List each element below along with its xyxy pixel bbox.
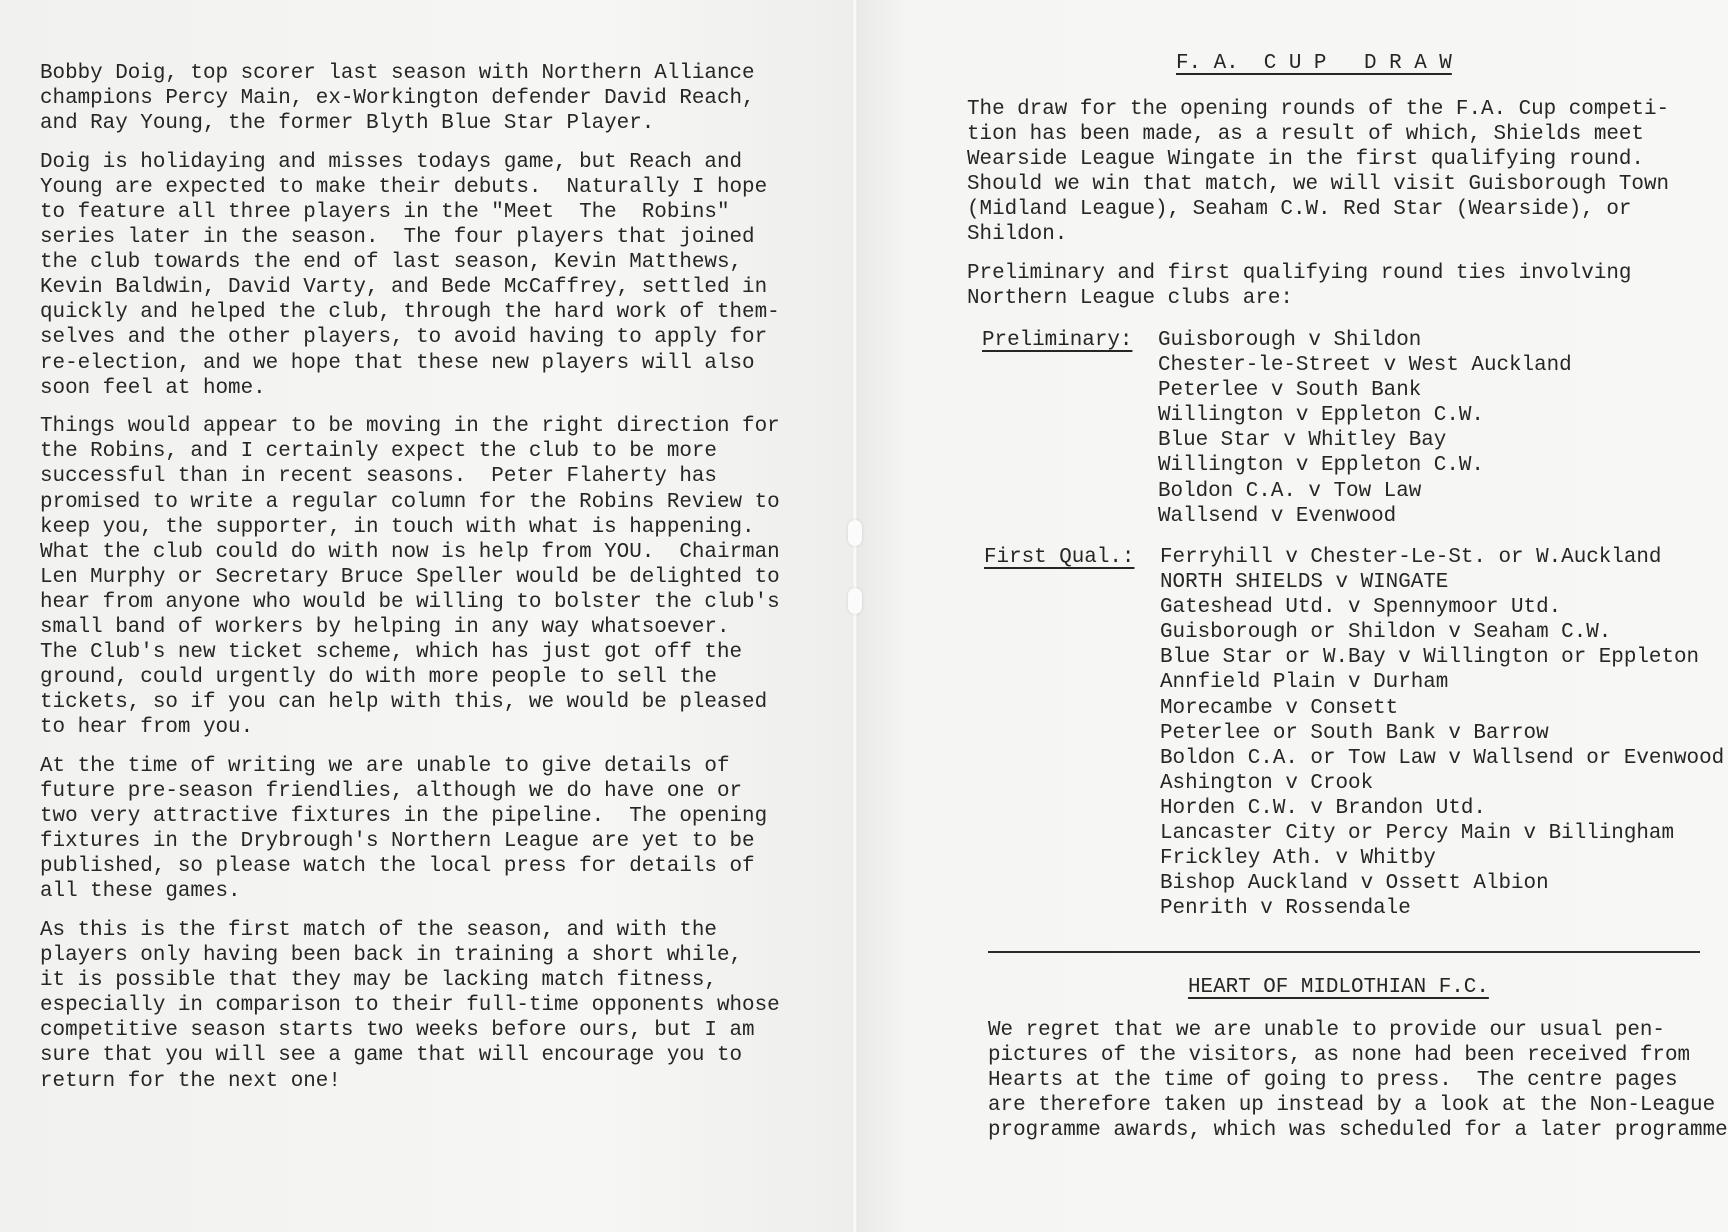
hearts-heading: HEART OF MIDLOTHIAN F.C. <box>1188 976 1489 999</box>
preliminary-label: Preliminary: <box>982 328 1132 353</box>
fixture-item: Annfield Plain v Durham <box>1160 670 1724 695</box>
text-line: quickly and helped the club, through the… <box>40 300 780 325</box>
text-line: hear from anyone who would be willing to… <box>40 590 780 615</box>
text-line: sure that you will see a game that will … <box>40 1043 780 1068</box>
text-line: The Club's new ticket scheme, which has … <box>40 640 780 665</box>
text-line: competitive season starts two weeks befo… <box>40 1018 780 1043</box>
text-line: Preliminary and first qualifying round t… <box>967 261 1669 286</box>
text-line: future pre-season friendlies, although w… <box>40 779 780 804</box>
text-line: fixtures in the Drybrough's Northern Lea… <box>40 829 780 854</box>
text-line: Doig is holidaying and misses todays gam… <box>40 150 780 175</box>
first-qualifying-label: First Qual.: <box>984 545 1134 570</box>
text-line: players only having been back in trainin… <box>40 943 780 968</box>
text-line: Young are expected to make their debuts.… <box>40 175 780 200</box>
staple-mark <box>848 520 862 546</box>
fixture-item: pictures of the visitors, as none had be… <box>988 1043 1728 1068</box>
text-line: to feature all three players in the "Mee… <box>40 200 780 225</box>
text-line: At the time of writing we are unable to … <box>40 754 780 779</box>
section-divider <box>988 951 1700 953</box>
paragraph: The draw for the opening rounds of the F… <box>967 97 1669 248</box>
text-line: The draw for the opening rounds of the F… <box>967 97 1669 122</box>
text-line: Things would appear to be moving in the … <box>40 414 780 439</box>
text-line: champions Percy Main, ex-Workington defe… <box>40 86 780 111</box>
fa-cup-intro: The draw for the opening rounds of the F… <box>967 97 1669 325</box>
text-line: selves and the other players, to avoid h… <box>40 325 780 350</box>
fixture-item: are therefore taken up instead by a look… <box>988 1093 1728 1118</box>
fixture-item: Bishop Auckland v Ossett Albion <box>1160 871 1724 896</box>
paragraph: Bobby Doig, top scorer last season with … <box>40 61 780 136</box>
hearts-article: We regret that we are unable to provide … <box>988 1018 1728 1143</box>
paragraph: Preliminary and first qualifying round t… <box>967 261 1669 311</box>
text-line: keep you, the supporter, in touch with w… <box>40 515 780 540</box>
staple-mark <box>848 588 862 614</box>
text-line: Kevin Baldwin, David Varty, and Bede McC… <box>40 275 780 300</box>
text-line: especially in comparison to their full-t… <box>40 993 780 1018</box>
fixture-item: Wallsend v Evenwood <box>1158 504 1572 529</box>
fixture-item: Lancaster City or Percy Main v Billingha… <box>1160 821 1724 846</box>
fixture-item: Blue Star or W.Bay v Willington or Epple… <box>1160 645 1724 670</box>
text-line: Bobby Doig, top scorer last season with … <box>40 61 780 86</box>
paragraph: At the time of writing we are unable to … <box>40 754 780 905</box>
fixture-item: Morecambe v Consett <box>1160 696 1724 721</box>
text-line: small band of workers by helping in any … <box>40 615 780 640</box>
fixture-item: Frickley Ath. v Whitby <box>1160 846 1724 871</box>
text-line: As this is the first match of the season… <box>40 918 780 943</box>
fixture-item: Horden C.W. v Brandon Utd. <box>1160 796 1724 821</box>
fixture-item: Peterlee v South Bank <box>1158 378 1572 403</box>
fixture-item: Willington v Eppleton C.W. <box>1158 453 1572 478</box>
fixture-item: Boldon C.A. v Tow Law <box>1158 479 1572 504</box>
text-line: the club towards the end of last season,… <box>40 250 780 275</box>
text-line: tion has been made, as a result of which… <box>967 122 1669 147</box>
fixture-item: Boldon C.A. or Tow Law v Wallsend or Eve… <box>1160 746 1724 771</box>
fixture-item: Penrith v Rossendale <box>1160 896 1724 921</box>
text-line: promised to write a regular column for t… <box>40 490 780 515</box>
text-line: tickets, so if you can help with this, w… <box>40 690 780 715</box>
page-fold <box>852 0 858 1232</box>
preliminary-ties-list: Guisborough v ShildonChester-le-Street v… <box>1158 328 1572 529</box>
paragraph: Things would appear to be moving in the … <box>40 414 780 740</box>
fixture-item: NORTH SHIELDS v WINGATE <box>1160 570 1724 595</box>
text-line: published, so please watch the local pre… <box>40 854 780 879</box>
paragraph: Doig is holidaying and misses todays gam… <box>40 150 780 401</box>
text-line: the Robins, and I certainly expect the c… <box>40 439 780 464</box>
text-line: two very attractive fixtures in the pipe… <box>40 804 780 829</box>
text-line: Len Murphy or Secretary Bruce Speller wo… <box>40 565 780 590</box>
fixture-item: We regret that we are unable to provide … <box>988 1018 1728 1043</box>
fixture-item: programme awards, which was scheduled fo… <box>988 1118 1728 1143</box>
text-line: all these games. <box>40 879 780 904</box>
fixture-item: Ferryhill v Chester-Le-St. or W.Auckland <box>1160 545 1724 570</box>
text-line: ground, could urgently do with more peop… <box>40 665 780 690</box>
fixture-item: Chester-le-Street v West Auckland <box>1158 353 1572 378</box>
fixture-item: Willington v Eppleton C.W. <box>1158 403 1572 428</box>
text-line: to hear from you. <box>40 715 780 740</box>
club-news-article: Bobby Doig, top scorer last season with … <box>40 61 780 1107</box>
paragraph: As this is the first match of the season… <box>40 918 780 1094</box>
text-line: re-election, and we hope that these new … <box>40 351 780 376</box>
fa-cup-draw-heading: F. A. C U P D R A W <box>1176 52 1452 75</box>
text-line: and Ray Young, the former Blyth Blue Sta… <box>40 111 780 136</box>
text-line: series later in the season. The four pla… <box>40 225 780 250</box>
text-line: Shildon. <box>967 222 1669 247</box>
fixture-item: Guisborough or Shildon v Seaham C.W. <box>1160 620 1724 645</box>
fixture-item: Peterlee or South Bank v Barrow <box>1160 721 1724 746</box>
text-line: Should we win that match, we will visit … <box>967 172 1669 197</box>
text-line: What the club could do with now is help … <box>40 540 780 565</box>
fixture-item: Guisborough v Shildon <box>1158 328 1572 353</box>
text-line: successful than in recent seasons. Peter… <box>40 464 780 489</box>
text-line: it is possible that they may be lacking … <box>40 968 780 993</box>
text-line: Northern League clubs are: <box>967 286 1669 311</box>
fixture-item: Gateshead Utd. v Spennymoor Utd. <box>1160 595 1724 620</box>
text-line: soon feel at home. <box>40 376 780 401</box>
text-line: return for the next one! <box>40 1069 780 1094</box>
fixture-item: Ashington v Crook <box>1160 771 1724 796</box>
text-line: (Midland League), Seaham C.W. Red Star (… <box>967 197 1669 222</box>
first-qualifying-ties-list: Ferryhill v Chester-Le-St. or W.Auckland… <box>1160 545 1724 921</box>
fixture-item: Blue Star v Whitley Bay <box>1158 428 1572 453</box>
text-line: Wearside League Wingate in the first qua… <box>967 147 1669 172</box>
fixture-item: Hearts at the time of going to press. Th… <box>988 1068 1728 1093</box>
